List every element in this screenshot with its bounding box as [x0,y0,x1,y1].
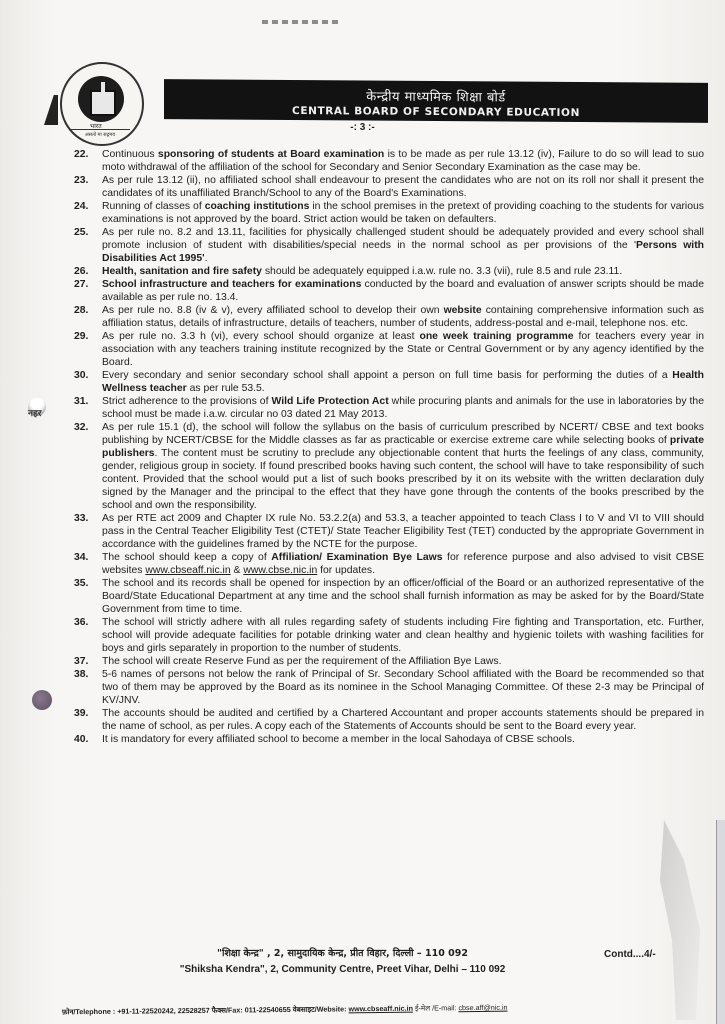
page-fold-shadow [660,820,700,1020]
text-run: & [231,565,244,576]
emphasis: Wild Life Protection Act [272,396,389,407]
telephone-label: फ़ोन/Telephone : [62,1007,117,1017]
item-number: 33. [74,512,102,551]
email-link[interactable]: cbse.aff@nic.in [458,1003,507,1013]
text-run: Every secondary and senior secondary sch… [102,370,672,381]
email-label: ई-मेल /E-mail: [413,1003,459,1012]
fax-label: फैक्स/Fax: [210,1005,245,1014]
emphasis: one week training programme [419,331,573,342]
item-number: 24. [74,200,102,226]
scan-edge-shadow [44,95,58,125]
item-text: Every secondary and senior secondary sch… [102,369,704,395]
text-run: As per rule 13.12 (ii), no affiliated sc… [102,175,704,199]
item-text: The school should keep a copy of Affilia… [102,551,704,577]
margin-note: नहर [28,406,41,419]
item-text: As per rule no. 8.8 (iv & v), every affi… [102,304,704,330]
text-run: as per rule 53.5. [187,383,265,394]
item-number: 34. [74,551,102,577]
text-run: . The content must be scrutiny to preclu… [102,448,704,511]
item-number: 25. [74,226,102,265]
item-number: 32. [74,421,102,512]
punch-hole [32,690,52,710]
item-text: The school will create Reserve Fund as p… [102,655,704,668]
item-number: 26. [74,265,102,278]
list-item: 40.It is mandatory for every affiliated … [74,733,704,746]
item-number: 39. [74,707,102,733]
list-item: 22.Continuous sponsoring of students at … [74,148,704,174]
text-run: The school will create Reserve Fund as p… [102,656,501,667]
emphasis: Affiliation/ Examination Bye Laws [271,552,442,563]
website-label: वेबसाइट/Website: [291,1004,349,1014]
website-link[interactable]: www.cbse.nic.in [243,565,317,576]
item-number: 28. [74,304,102,330]
list-item: 34.The school should keep a copy of Affi… [74,551,704,577]
gate-icon [90,90,116,116]
list-item: 35.The school and its records shall be o… [74,577,704,616]
item-text: It is mandatory for every affiliated sch… [102,733,704,746]
continued-note: Contd....4/- [604,949,656,960]
text-run: As per rule no. 8.8 (iv & v), every affi… [102,305,444,316]
item-number: 22. [74,148,102,174]
item-text: As per rule 15.1 (d), the school will fo… [102,421,704,512]
website-link[interactable]: www.cbseaff.nic.in [348,1004,413,1014]
item-text: Health, sanitation and fire safety shoul… [102,265,704,278]
item-number: 35. [74,577,102,616]
text-run: for updates. [317,565,375,576]
document-page: भारत असतो मा सद्गमय केन्द्रीय माध्यमिक श… [0,0,725,1024]
rules-list: 22.Continuous sponsoring of students at … [74,148,704,746]
item-text: The school and its records shall be open… [102,577,704,616]
scan-artifact [262,20,342,24]
text-run: As per rule 15.1 (d), the school will fo… [102,422,704,446]
text-run: The school will strictly adhere with all… [102,617,704,654]
list-item: 38.5-6 names of persons not below the ra… [74,668,704,707]
website-link[interactable]: www.cbseaff.nic.in [145,565,230,576]
list-item: 24.Running of classes of coaching instit… [74,200,704,226]
list-item: 33.As per RTE act 2009 and Chapter IX ru… [74,512,704,551]
letterhead-banner: केन्द्रीय माध्यमिक शिक्षा बोर्ड CENTRAL … [164,79,708,123]
logo-emblem-icon [78,76,124,122]
address-english: "Shiksha Kendra", 2, Community Centre, P… [0,964,725,975]
list-item: 32.As per rule 15.1 (d), the school will… [74,421,704,512]
item-text: As per rule no. 3.3 h (vi), every school… [102,330,704,369]
fax: 011-22540655 [245,1005,291,1014]
item-text: The school will strictly adhere with all… [102,616,704,655]
adjacent-page-edge [716,820,725,1024]
telephone: +91-11-22520242, 22528257 [117,1006,210,1016]
item-text: Continuous sponsoring of students at Boa… [102,148,704,174]
item-number: 27. [74,278,102,304]
english-title: CENTRAL BOARD OF SECONDARY EDUCATION [164,104,708,120]
text-run: The school should keep a copy of [102,552,271,563]
emphasis: Health, sanitation and fire safety [102,266,262,277]
text-run: The school and its records shall be open… [102,578,704,615]
text-run: Continuous [102,149,158,160]
text-run: As per RTE act 2009 and Chapter IX rule … [102,513,704,550]
text-run: 5-6 names of persons not below the rank … [102,669,704,706]
item-number: 31. [74,395,102,421]
item-text: As per RTE act 2009 and Chapter IX rule … [102,512,704,551]
text-run: As per rule no. 8.2 and 13.11, facilitie… [102,227,704,251]
text-run: . [205,253,208,264]
item-text: As per rule no. 8.2 and 13.11, facilitie… [102,226,704,265]
list-item: 27.School infrastructure and teachers fo… [74,278,704,304]
emphasis: sponsoring of students at Board examinat… [158,149,384,160]
list-item: 39.The accounts should be audited and ce… [74,707,704,733]
item-number: 29. [74,330,102,369]
item-text: School infrastructure and teachers for e… [102,278,704,304]
list-item: 28.As per rule no. 8.8 (iv & v), every a… [74,304,704,330]
text-run: should be adequately equipped i.a.w. rul… [262,266,622,277]
text-run: The accounts should be audited and certi… [102,708,704,732]
text-run: Strict adherence to the provisions of [102,396,272,407]
emphasis: website [444,305,482,316]
contact-line: फ़ोन/Telephone : +91-11-22520242, 225282… [62,1001,702,1018]
item-number: 37. [74,655,102,668]
list-item: 36.The school will strictly adhere with … [74,616,704,655]
list-item: 30.Every secondary and senior secondary … [74,369,704,395]
list-item: 25.As per rule no. 8.2 and 13.11, facili… [74,226,704,265]
item-text: As per rule 13.12 (ii), no affiliated sc… [102,174,704,200]
item-text: The accounts should be audited and certi… [102,707,704,733]
item-number: 30. [74,369,102,395]
hindi-title: केन्द्रीय माध्यमिक शिक्षा बोर्ड [164,85,708,107]
list-item: 29.As per rule no. 3.3 h (vi), every sch… [74,330,704,369]
item-number: 36. [74,616,102,655]
item-number: 40. [74,733,102,746]
emphasis: School infrastructure and teachers for e… [102,279,361,290]
emphasis: coaching institutions [205,201,310,212]
item-text: Strict adherence to the provisions of Wi… [102,395,704,421]
page-number: -: 3 :- [0,122,725,133]
cbse-logo: भारत असतो मा सद्गमय [60,62,144,146]
item-text: 5-6 names of persons not below the rank … [102,668,704,707]
text-run: Running of classes of [102,201,205,212]
text-run: As per rule no. 3.3 h (vi), every school… [102,331,419,342]
list-item: 23.As per rule 13.12 (ii), no affiliated… [74,174,704,200]
list-item: 37.The school will create Reserve Fund a… [74,655,704,668]
item-text: Running of classes of coaching instituti… [102,200,704,226]
list-item: 26.Health, sanitation and fire safety sh… [74,265,704,278]
item-number: 38. [74,668,102,707]
text-run: It is mandatory for every affiliated sch… [102,734,575,745]
item-number: 23. [74,174,102,200]
list-item: 31.Strict adherence to the provisions of… [74,395,704,421]
